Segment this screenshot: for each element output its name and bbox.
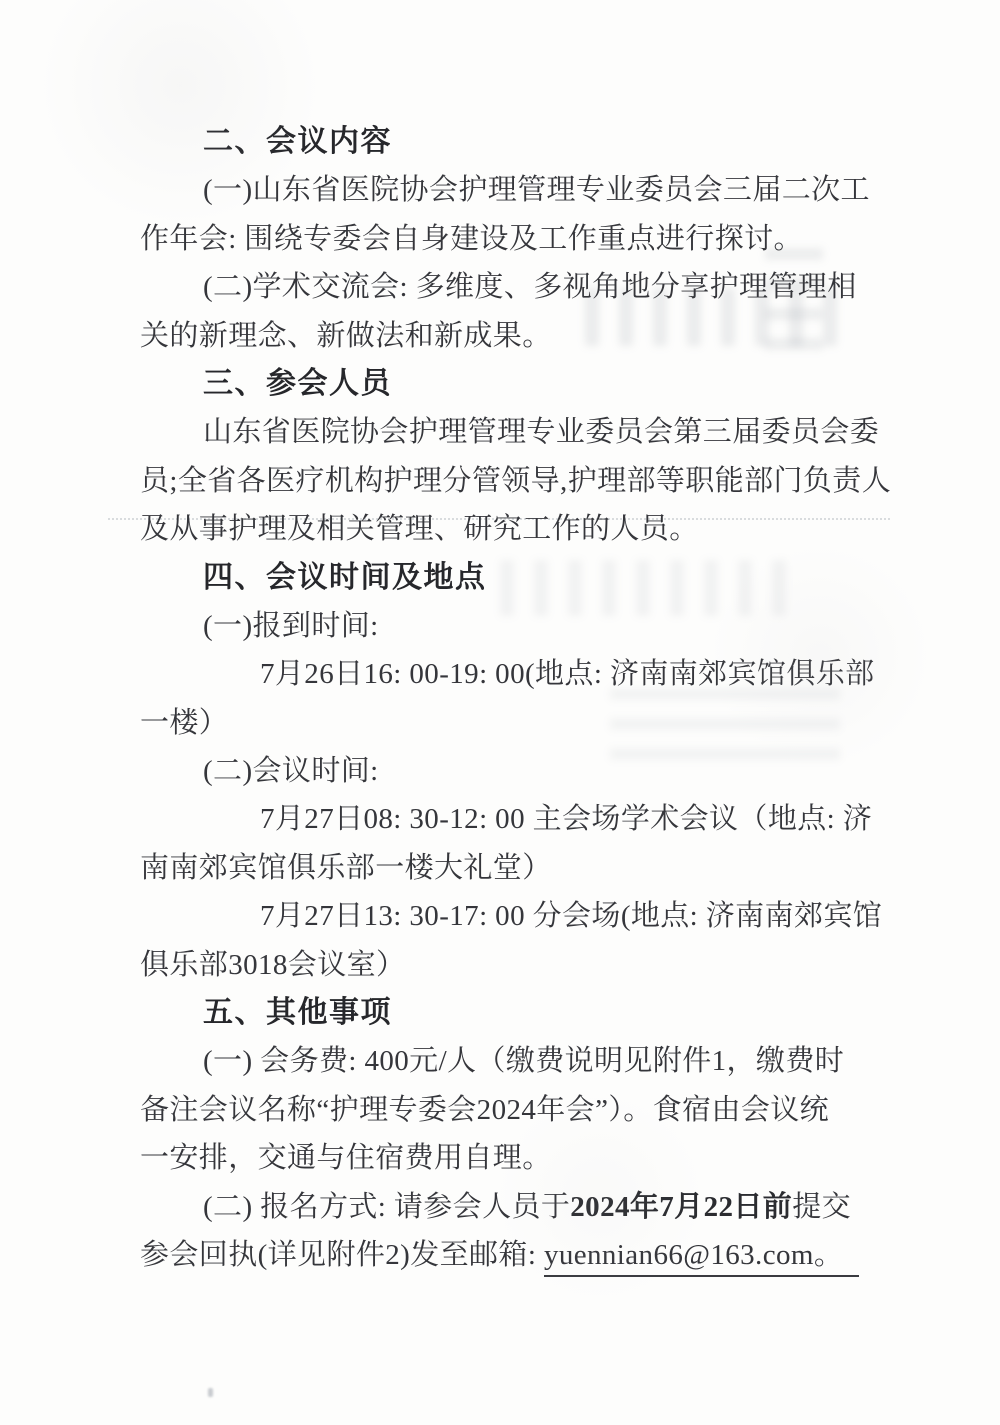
doc-line: 山东省医院协会护理管理专业委员会第三届委员会委 (140, 408, 880, 456)
doc-line: 南南郊宾馆俱乐部一楼大礼堂） (140, 844, 880, 892)
doc-line-registration-time: 7月26日16: 00-19: 00(地点: 济南南郊宾馆俱乐部 (140, 650, 880, 698)
doc-line: 一楼） (140, 699, 880, 747)
doc-line-fee: (一) 会务费: 400元/人（缴费说明见附件1，缴费时 (140, 1037, 880, 1085)
doc-line-registration-time-label: (一)报到时间: (140, 602, 880, 650)
doc-line: 俱乐部3018会议室） (140, 941, 880, 989)
section-heading-4-time-location: 四、会议时间及地点 (140, 554, 880, 602)
doc-line-email: 参会回执(详见附件2)发至邮箱: yuennian66@163.com。 (140, 1231, 880, 1279)
doc-line-sub-session-time: 7月27日13: 30-17: 00 分会场(地点: 济南南郊宾馆 (140, 892, 880, 940)
doc-line: 一安排，交通与住宿费用自理。 (140, 1134, 880, 1182)
doc-line-meeting-time-label: (二)会议时间: (140, 747, 880, 795)
scanned-document-page: 二、会议内容 (一)山东省医院协会护理管理专业委员会三届二次工 作年会: 围绕专… (0, 0, 1000, 1425)
section-heading-2-meeting-content: 二、会议内容 (140, 118, 880, 166)
doc-line-signup-method: (二) 报名方式: 请参会人员于2024年7月22日前提交 (140, 1183, 880, 1231)
doc-line: (一)山东省医院协会护理管理专业委员会三届二次工 (140, 166, 880, 214)
section-heading-5-other-matters: 五、其他事项 (140, 989, 880, 1037)
email-label: 参会回执(详见附件2)发至邮箱: (140, 1239, 544, 1271)
doc-line: 及从事护理及相关管理、研究工作的人员。 (140, 505, 880, 553)
signup-text-pre: (二) 报名方式: 请参会人员于 (203, 1191, 570, 1223)
doc-line: 员;全省各医疗机构护理分管领导,护理部等职能部门负责人 (140, 457, 880, 505)
doc-line: 关的新理念、新做法和新成果。 (140, 312, 880, 360)
section-heading-3-participants: 三、参会人员 (140, 360, 880, 408)
document-body: 二、会议内容 (一)山东省医院协会护理管理专业委员会三届二次工 作年会: 围绕专… (140, 118, 880, 1279)
email-address: yuennian66@163.com。 (544, 1239, 859, 1277)
doc-line: (二)学术交流会: 多维度、多视角地分享护理管理相 (140, 263, 880, 311)
doc-line: 备注会议名称“护理专委会2024年会”）。食宿由会议统 (140, 1086, 880, 1134)
doc-line-main-session-time: 7月27日08: 30-12: 00 主会场学术会议（地点: 济 (140, 795, 880, 843)
doc-line: 作年会: 围绕专委会自身建设及工作重点进行探讨。 (140, 215, 880, 263)
deadline-emphasis: 2024年7月22日前 (570, 1191, 792, 1223)
scan-artifact-speck (208, 1388, 213, 1397)
signup-text-post: 提交 (792, 1191, 851, 1223)
